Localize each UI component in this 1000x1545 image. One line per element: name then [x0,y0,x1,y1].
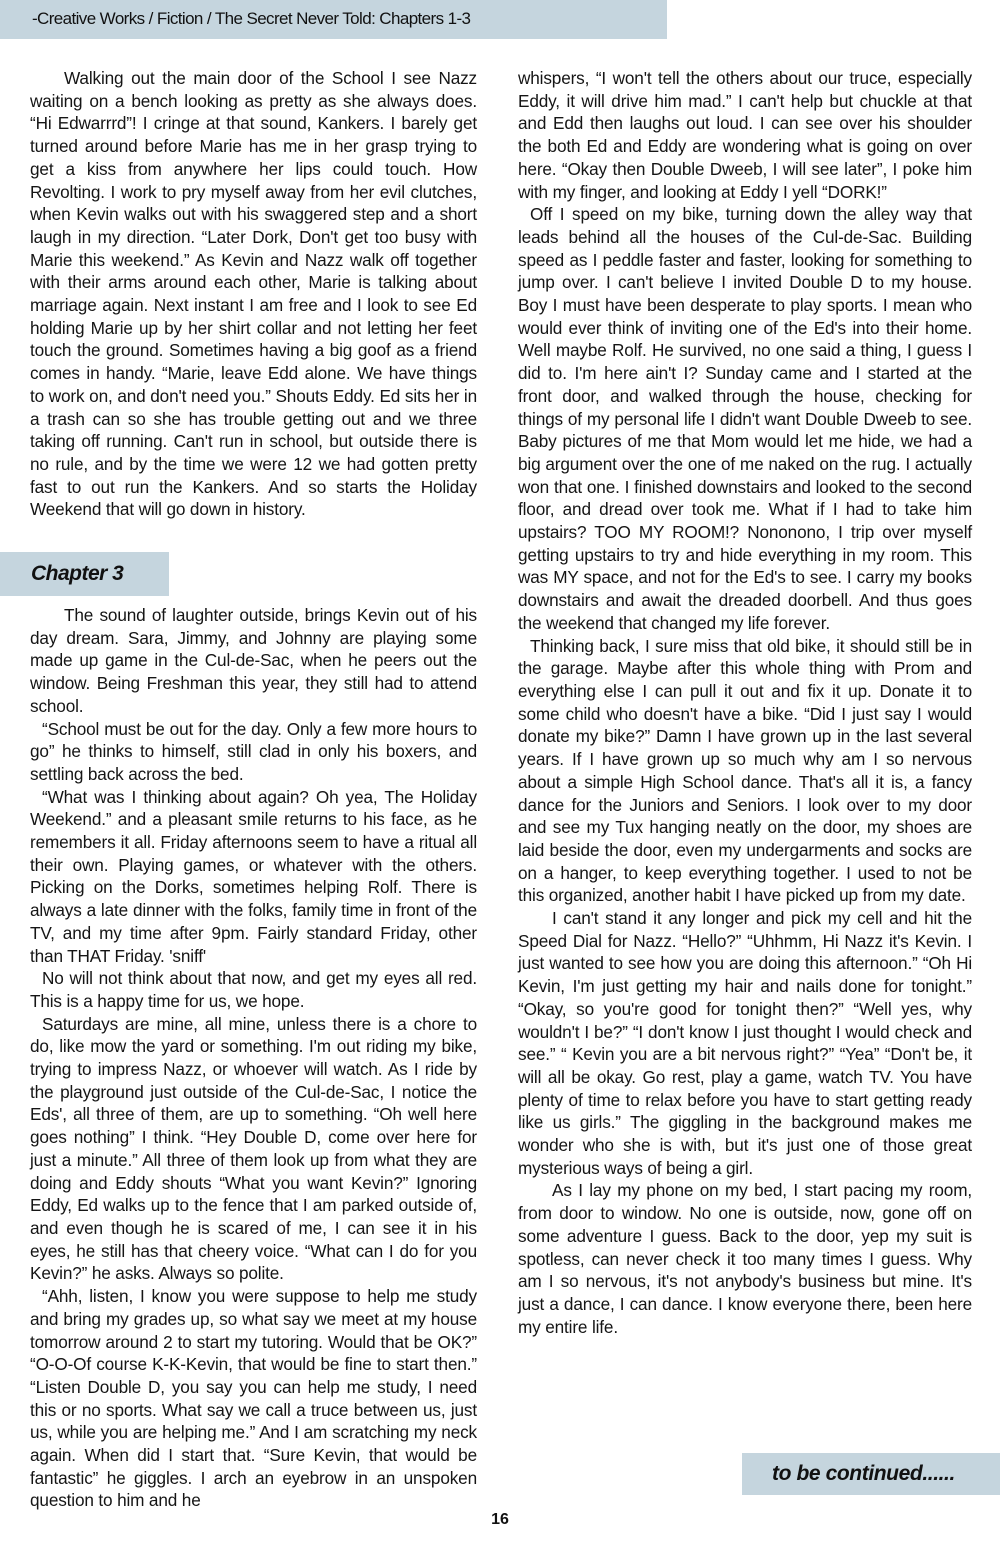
paragraph: The sound of laughter outside, brings Ke… [30,604,477,718]
page-number: 16 [0,1511,1000,1529]
breadcrumb: -Creative Works / Fiction / The Secret N… [32,9,470,29]
right-column: whispers, “I won't tell the others about… [518,67,972,1338]
paragraph: Walking out the main door of the School … [30,67,477,521]
to-be-continued-box: to be continued...... [742,1453,1000,1495]
paragraph: Off I speed on my bike, turning down the… [518,203,972,634]
paragraph: As I lay my phone on my bed, I start pac… [518,1179,972,1338]
chapter-heading-box: Chapter 3 [0,552,169,596]
paragraph: “What was I thinking about again? Oh yea… [30,786,477,968]
left-column-intro: Walking out the main door of the School … [30,67,477,521]
left-column-chapter-body: The sound of laughter outside, brings Ke… [30,604,477,1512]
to-be-continued-label: to be continued...... [772,1462,955,1486]
paragraph: whispers, “I won't tell the others about… [518,67,972,203]
paragraph: No will not think about that now, and ge… [30,967,477,1012]
breadcrumb-bar: -Creative Works / Fiction / The Secret N… [0,0,667,39]
paragraph: “Ahh, listen, I know you were suppose to… [30,1285,477,1512]
paragraph: I can't stand it any longer and pick my … [518,907,972,1179]
paragraph: Saturdays are mine, all mine, unless the… [30,1013,477,1285]
paragraph: “School must be out for the day. Only a … [30,718,477,786]
paragraph: Thinking back, I sure miss that old bike… [518,635,972,907]
chapter-heading: Chapter 3 [31,562,123,586]
